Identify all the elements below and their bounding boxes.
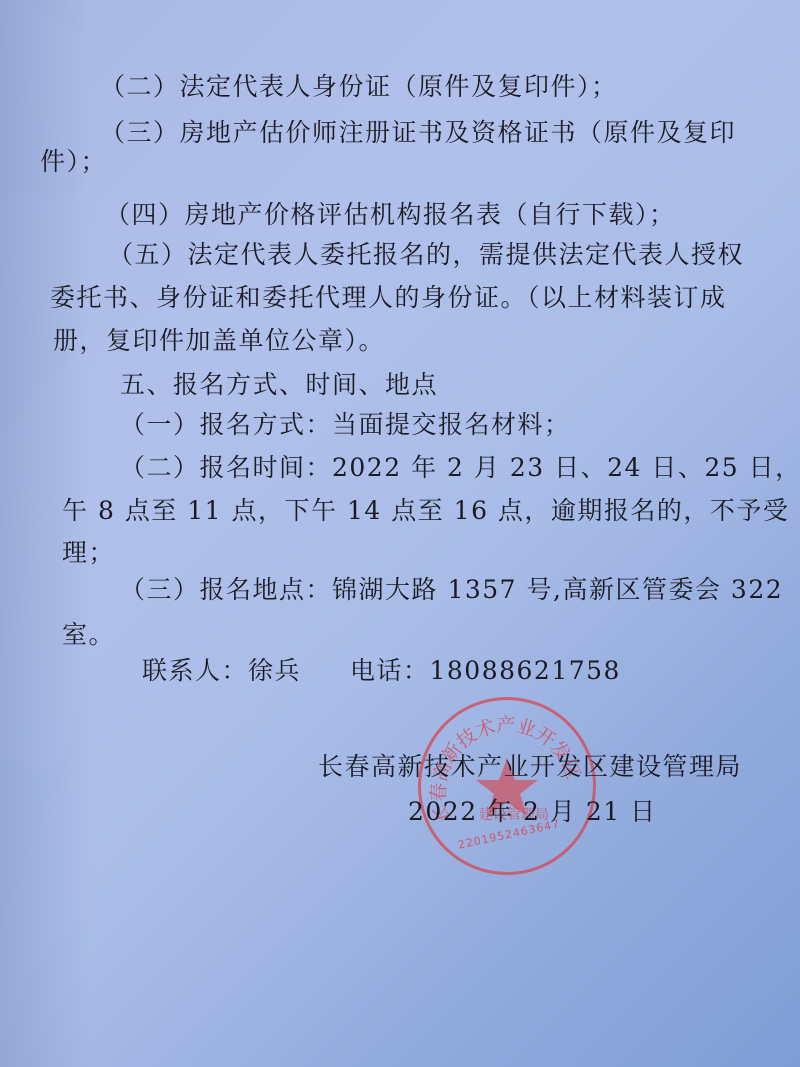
registration-location: （三）报名地点：锦湖大路 1357 号,高新区管委会 322 [120, 575, 783, 605]
registration-time: （二）报名时间：2022 年 2 月 23 日、24 日、25 日，上 [120, 453, 800, 483]
seal-star-icon: 长春高新技术产业开发区 [421, 700, 593, 872]
item-authorization-cont: 委托书、身份证和委托代理人的身份证。（以上材料装订成 [50, 283, 727, 313]
item-legal-rep-id: （二）法定代表人身份证（原件及复印件）； [100, 72, 618, 102]
issue-date: 2022 年 2 月 21 日 [408, 797, 657, 827]
contact-person: 联系人：徐兵 [142, 656, 301, 686]
section-heading-registration: 五、报名方式、时间、地点 [120, 370, 438, 400]
item-appraiser-cert: （三）房地产估价师注册证书及资格证书（原件及复印 [100, 118, 736, 148]
registration-method: （一）报名方式：当面提交报名材料； [120, 410, 571, 440]
registration-time-cont2: 理； [62, 538, 115, 568]
registration-location-cont: 室。 [62, 620, 115, 650]
registration-time-cont: 午 8 点至 11 点，下午 14 点至 16 点，逾期报名的，不予受 [62, 496, 789, 526]
official-seal: 长春高新技术产业开发区 建设管理局 2201952463647 [418, 697, 596, 875]
issuing-organization: 长春高新技术产业开发区建设管理局 [318, 752, 742, 782]
item-registration-form: （四）房地产价格评估机构报名表（自行下载）； [105, 200, 676, 230]
item-authorization-cont2: 册，复印件加盖单位公章）。 [53, 326, 385, 356]
item-authorization: （五）法定代表人委托报名的，需提供法定代表人授权 [108, 240, 744, 270]
contact-phone: 电话：18088621758 [350, 656, 621, 686]
item-appraiser-cert-cont: 件）； [40, 147, 107, 177]
